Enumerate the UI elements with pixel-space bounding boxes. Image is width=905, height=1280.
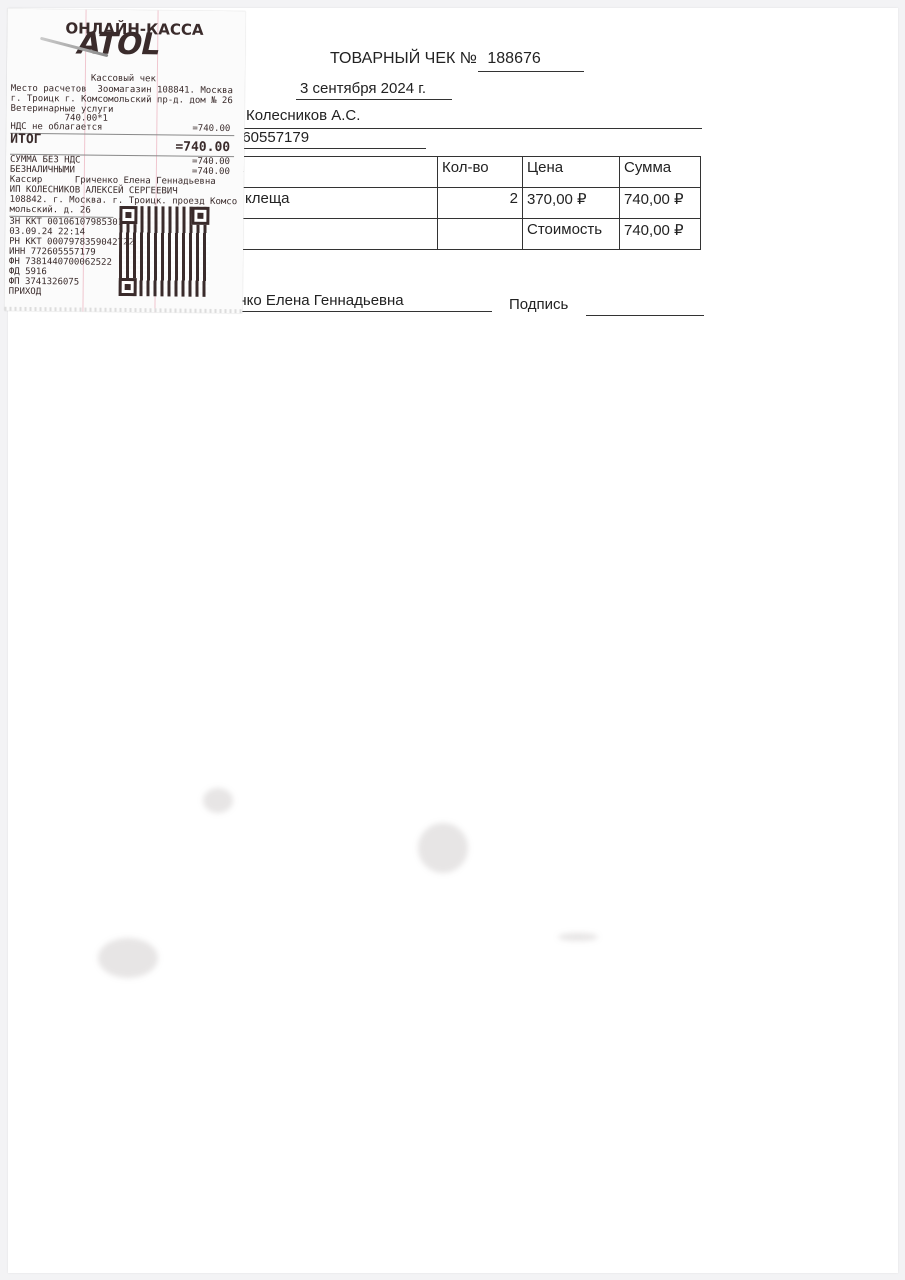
receipt-total-value: =740.00 xyxy=(175,141,230,156)
empty-cell xyxy=(438,219,523,250)
total-value: 740,00 ₽ xyxy=(620,219,701,250)
header-sum: Сумма xyxy=(620,157,701,188)
stain xyxy=(98,938,158,978)
receipt-number: 188676 xyxy=(487,50,540,68)
receipt-date: 3 сентября 2024 г. xyxy=(300,80,426,97)
document-title: ТОВАРНЫЙ ЧЕК № 188676 xyxy=(330,50,541,68)
qr-finder xyxy=(119,206,137,224)
table-row: ого клеща 2 370,00 ₽ 740,00 ₽ xyxy=(215,188,701,219)
item-name: ого клеща xyxy=(215,188,438,219)
qr-code-icon xyxy=(119,206,210,297)
qr-finder xyxy=(191,207,209,225)
header-qty: Кол-во xyxy=(438,157,523,188)
seller-inn: 260557179 xyxy=(234,129,309,146)
header-price: Цена xyxy=(523,157,620,188)
signature-label: Подпись xyxy=(509,296,568,313)
item-qty: 2 xyxy=(438,188,523,219)
receipt-line-value: =740.00 xyxy=(192,124,230,135)
cashier-underline xyxy=(228,311,492,312)
item-sum: 740,00 ₽ xyxy=(620,188,701,219)
title-text: ТОВАРНЫЙ ЧЕК № xyxy=(330,50,477,67)
header-item: ара xyxy=(215,157,438,188)
signature-line xyxy=(586,315,704,316)
cash-register-receipt: ОНЛАЙН-КАССА ATOL Кассовый чек Место рас… xyxy=(4,9,245,313)
seller-name: Колесников А.С. xyxy=(246,107,360,124)
cashier-name: енко Елена Геннадьевна xyxy=(230,292,404,309)
item-price: 370,00 ₽ xyxy=(523,188,620,219)
table-total-row: Стоимость 740,00 ₽ xyxy=(215,219,701,250)
stain xyxy=(558,933,598,941)
stain xyxy=(418,823,468,873)
goods-table: ара Кол-во Цена Сумма ого клеща 2 370,00… xyxy=(214,156,701,250)
number-underline xyxy=(478,71,584,72)
qr-finder xyxy=(119,278,137,296)
stain xyxy=(203,788,233,813)
inn-underline xyxy=(230,148,426,149)
date-underline xyxy=(296,99,452,100)
total-label: Стоимость xyxy=(523,219,620,250)
empty-cell xyxy=(215,219,438,250)
table-header-row: ара Кол-во Цена Сумма xyxy=(215,157,701,188)
